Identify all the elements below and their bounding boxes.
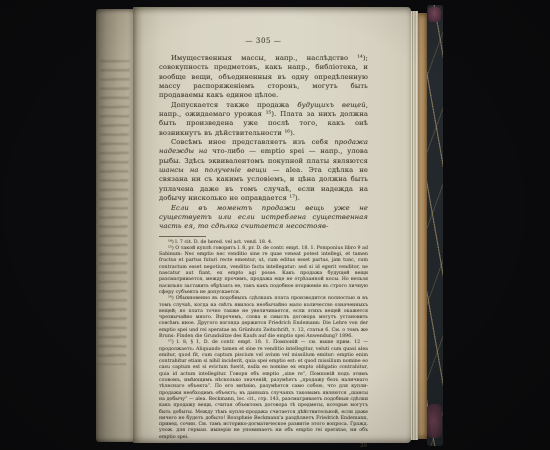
headband-bottom [427, 404, 442, 438]
body-text: Имущественныя массы, напр., наслѣдство ¹… [159, 54, 368, 232]
page-header-number: — 305 — [159, 37, 368, 45]
body-paragraph: Допускается также продажа будущихъ вещей… [159, 101, 368, 138]
marbled-cover-edge [427, 5, 443, 446]
footnote: ¹⁷) l. 8, § 1, D. de contr. empt. 18. 1.… [159, 340, 368, 441]
footnote-separator [159, 236, 206, 237]
page-text-block: — 305 — Имущественныя массы, напр., насл… [159, 37, 368, 449]
previous-page-ghost-text [97, 60, 129, 365]
footnote: ¹⁵) О такой куплѣ говоритъ l. 8, pr. D. … [159, 246, 368, 296]
fore-edge [418, 13, 427, 439]
signature-mark: 20 [159, 443, 368, 449]
footnote: ¹⁶) Обыкновенно въ подобныхъ сдѣлкахъ пл… [159, 296, 368, 340]
footnotes: ¹⁴) l. 7 cit. D. de hered. vel act. vend… [159, 240, 368, 442]
body-paragraph: Имущественныя массы, напр., наслѣдство ¹… [159, 54, 368, 101]
headband-top [428, 7, 441, 22]
book-photo: — 305 — Имущественныя массы, напр., насл… [0, 0, 550, 450]
body-paragraph: Если въ моментъ продажи вещь уже не суще… [159, 204, 368, 232]
body-paragraph: Совсѣмъ иное представляетъ изъ себя прод… [159, 138, 368, 203]
page-stack-edges [411, 11, 418, 440]
